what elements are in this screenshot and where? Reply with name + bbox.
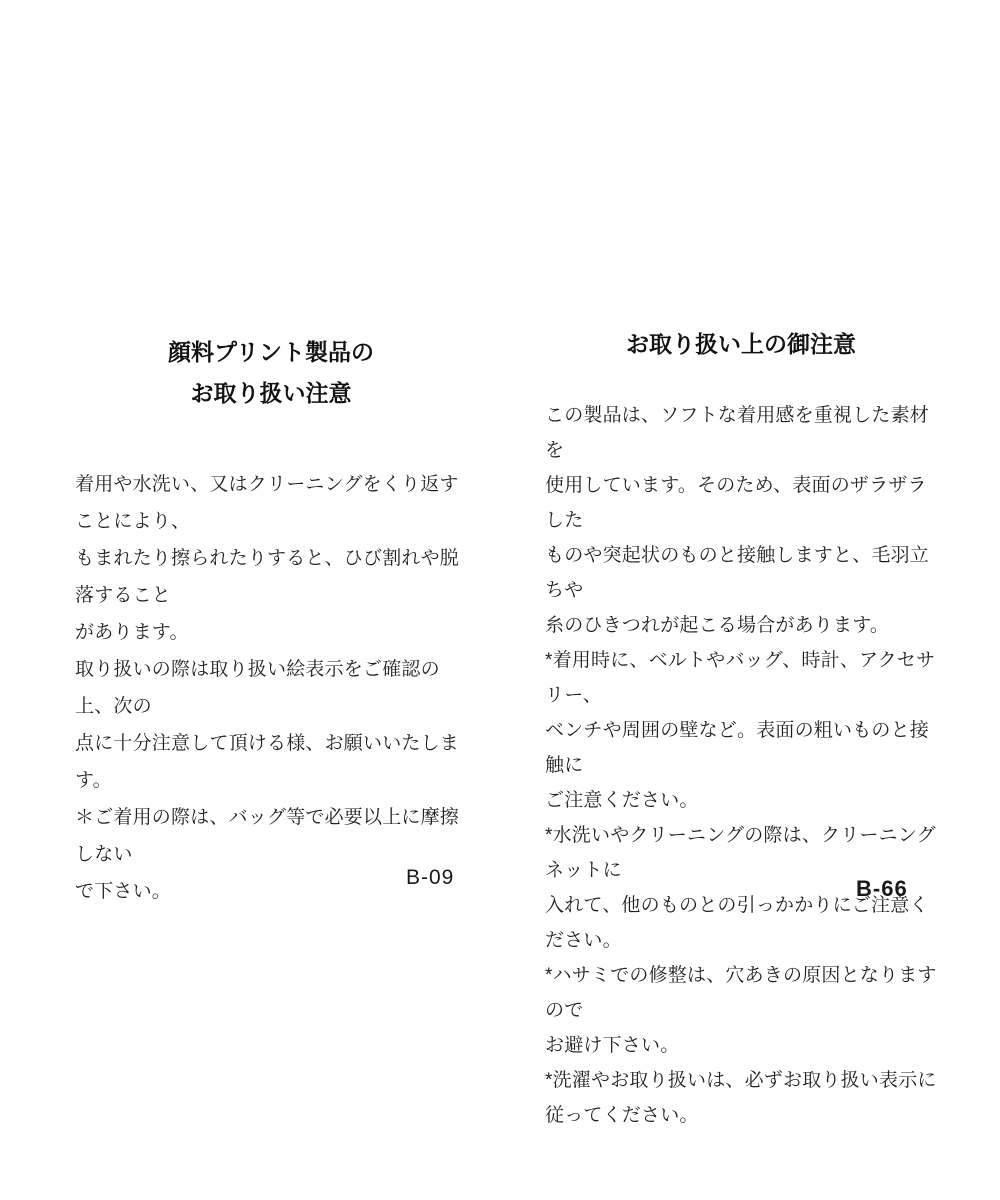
left-panel-body-text: 着用や水洗い、又はクリーニングをくり返すことにより、 もまれたり擦られたりすると… [75, 466, 467, 910]
right-panel-body-text: この製品は、ソフトな着用感を重視した素材を 使用しています。そのため、表面のザラ… [545, 398, 937, 1133]
right-panel-title: お取り扱い上の御注意 [545, 330, 937, 358]
left-panel-code: B-09 [406, 866, 454, 890]
right-panel-code: B-66 [856, 876, 908, 902]
care-label-right: お取り扱い上の御注意 この製品は、ソフトな着用感を重視した素材を 使用しています… [545, 330, 937, 1133]
care-label-left: 顔料プリント製品の お取り扱い注意 着用や水洗い、又はクリーニングをくり返すこと… [75, 332, 467, 910]
left-panel-title: 顔料プリント製品の お取り扱い注意 [75, 332, 467, 414]
